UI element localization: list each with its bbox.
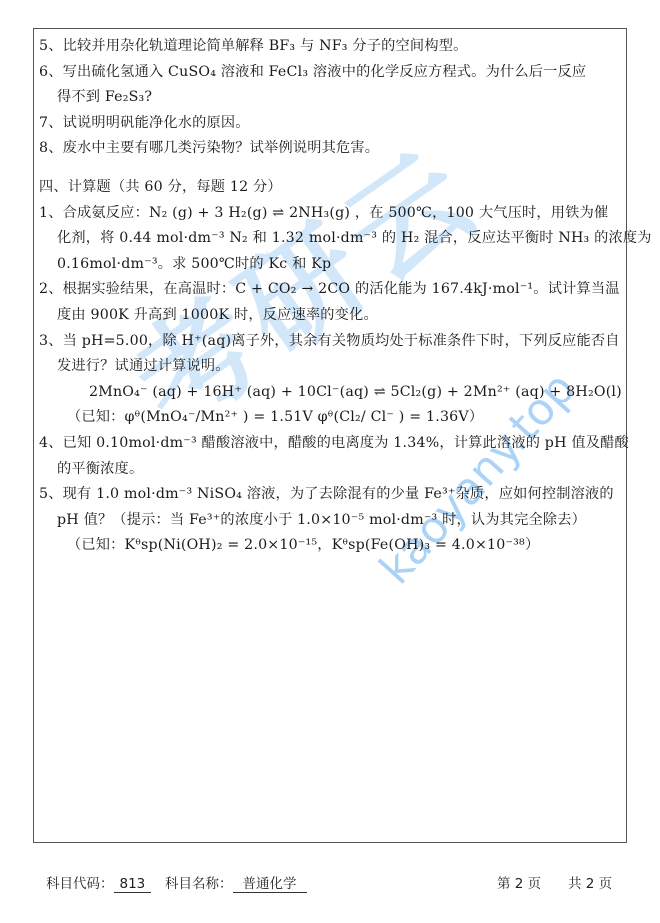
question-number: 7、 [39,115,63,131]
question-number: 5、 [39,38,63,54]
question-number: 3、 [39,333,63,349]
given-ksp: （已知：Kᶿsp(Ni(OH)₂ = 2.0×10⁻¹⁵，Kᶿsp(Fe(OH)… [39,533,619,559]
question-text: 比较并用杂化轨道理论简单解释 BF₃ 与 NF₃ 分子的空间构型。 [63,38,468,54]
given-potentials: （已知：φᶿ(MnO₄⁻/Mn²⁺ ) = 1.51V φᶿ(Cl₂/ Cl⁻ … [39,405,619,431]
question-number: 2、 [39,281,63,297]
question-prev-7: 7、试说明明矾能净化水的原因。 [39,111,619,137]
question-text-line: 化剂，将 0.44 mol·dm⁻³ N₂ 和 1.32 mol·dm⁻³ 的 … [39,226,619,252]
subject-code: 科目代码：813 [46,872,151,893]
page-total: 共 2 页 [568,872,612,892]
subject-code-label: 科目代码： [46,876,114,892]
question-text: 现有 1.0 mol·dm⁻³ NiSO₄ 溶液，为了去除混有的少量 Fe³⁺杂… [63,486,614,502]
exam-content: 5、比较并用杂化轨道理论简单解释 BF₃ 与 NF₃ 分子的空间构型。 6、写出… [39,34,619,559]
subject-code-value: 813 [114,877,152,893]
question-text-line: pH 值？（提示：当 Fe³⁺的浓度小于 1.0×10⁻⁵ mol·dm⁻³ 时… [39,508,619,534]
question-text-line: 的平衡浓度。 [39,457,619,483]
question-text: 当 pH=5.00，除 H⁺(aq)离子外，其余有关物质均处于标准条件下时，下列… [63,333,620,349]
question-text: 已知 0.10mol·dm⁻³ 醋酸溶液中，醋酸的电离度为 1.34%，计算此溶… [63,435,629,451]
subject-name: 科目名称：普通化学 [165,872,307,893]
calc-question-1: 1、合成氨反应：N₂ (g) + 3 H₂(g) ⇌ 2NH₃(g) ，在 50… [39,201,619,227]
question-number: 8、 [39,140,63,156]
reaction-equation: 2MnO₄⁻ (aq) + 16H⁺ (aq) + 10Cl⁻(aq) ⇌ 5C… [39,380,619,406]
section-heading: 四、计算题（共 60 分，每题 12 分） [39,175,619,201]
question-text: 合成氨反应：N₂ (g) + 3 H₂(g) ⇌ 2NH₃(g) ，在 500℃… [63,205,609,221]
subject-name-value: 普通化学 [233,877,307,893]
calc-question-4: 4、已知 0.10mol·dm⁻³ 醋酸溶液中，醋酸的电离度为 1.34%，计算… [39,431,619,457]
page-current: 第 2 页 [497,872,541,892]
question-text-line: 发进行？试通过计算说明。 [39,354,619,380]
question-text: 试说明明矾能净化水的原因。 [63,115,250,131]
subject-name-label: 科目名称： [165,876,233,892]
calc-question-2: 2、根据实验结果，在高温时：C + CO₂ → 2CO 的活化能为 167.4k… [39,277,619,303]
question-text: 写出硫化氢通入 CuSO₄ 溶液和 FeCl₃ 溶液中的化学反应方程式。为什么后… [63,64,587,80]
question-text: 根据实验结果，在高温时：C + CO₂ → 2CO 的活化能为 167.4kJ·… [63,281,620,297]
question-number: 1、 [39,205,63,221]
question-prev-6-continuation: 得不到 Fe₂S₃? [39,85,619,111]
question-prev-8: 8、废水中主要有哪几类污染物？试举例说明其危害。 [39,136,619,162]
question-number: 6、 [39,64,63,80]
question-prev-5: 5、比较并用杂化轨道理论简单解释 BF₃ 与 NF₃ 分子的空间构型。 [39,34,619,60]
calc-question-3: 3、当 pH=5.00，除 H⁺(aq)离子外，其余有关物质均处于标准条件下时，… [39,329,619,355]
question-text-line: 度由 900K 升高到 1000K 时，反应速率的变化。 [39,303,619,329]
question-prev-6: 6、写出硫化氢通入 CuSO₄ 溶液和 FeCl₃ 溶液中的化学反应方程式。为什… [39,60,619,86]
question-number: 5、 [39,486,63,502]
question-number: 4、 [39,435,63,451]
calc-question-5: 5、现有 1.0 mol·dm⁻³ NiSO₄ 溶液，为了去除混有的少量 Fe³… [39,482,619,508]
question-text: 废水中主要有哪几类污染物？试举例说明其危害。 [63,140,380,156]
question-text-line: 0.16mol·dm⁻³。求 500℃时的 Kc 和 Kp [39,252,619,278]
